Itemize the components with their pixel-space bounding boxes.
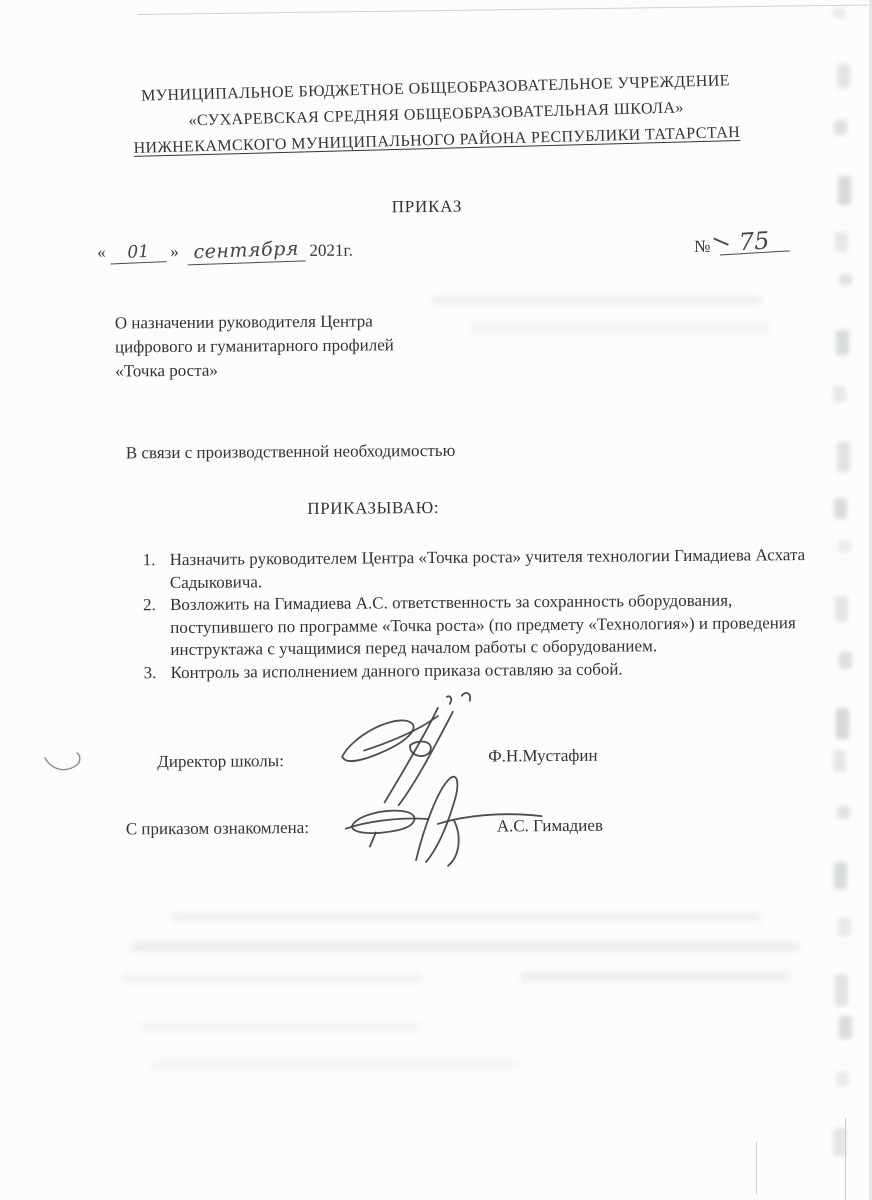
date-day-handwritten: 01 xyxy=(127,242,149,263)
date-year: 2021г. xyxy=(309,241,352,260)
order-item-1: 1. Назначить руководителем Центра «Точка… xyxy=(143,544,815,594)
date-line: « 01 » сентября 2021г. xyxy=(97,239,353,265)
acknowledged-label: С приказом ознакомлена: xyxy=(126,818,309,839)
subject-block: О назначении руководителя Центра цифрово… xyxy=(115,309,446,384)
subject-line-3: «Точка роста» xyxy=(115,357,445,384)
item-text: Контроль за исполнением данного приказа … xyxy=(170,656,815,684)
item-number: 1. xyxy=(143,549,170,572)
item-number: 2. xyxy=(143,594,170,617)
subject-line-1: О назначении руководителя Центра xyxy=(115,309,445,336)
letterhead: МУНИЦИПАЛЬНОЕ БЮДЖЕТНОЕ ОБЩЕОБРАЗОВАТЕЛЬ… xyxy=(61,66,811,164)
item-number: 3. xyxy=(143,662,170,685)
director-label: Директор школы: xyxy=(157,751,284,772)
item-text: Назначить руководителем Центра «Точка ро… xyxy=(170,544,815,594)
date-close-quote: » xyxy=(170,242,179,261)
preamble: В связи с производственной необходимость… xyxy=(126,441,456,464)
order-items: 1. Назначить руководителем Центра «Точка… xyxy=(143,544,816,684)
date-open-quote: « xyxy=(97,243,106,262)
acknowledged-signature xyxy=(341,769,552,873)
date-month-handwritten: сентября xyxy=(193,238,299,264)
order-item-2: 2. Возложить на Гимадиева А.С. ответстве… xyxy=(143,589,816,662)
scanned-order-document: МУНИЦИПАЛЬНОЕ БЮДЖЕТНОЕ ОБЩЕОБРАЗОВАТЕЛЬ… xyxy=(0,0,872,1200)
order-item-3: 3. Контроль за исполнением данного прика… xyxy=(143,656,815,684)
number-sign: № xyxy=(694,237,710,256)
order-number: № 75 xyxy=(694,233,789,257)
order-number-handwritten: 75 xyxy=(738,227,770,257)
director-name: Ф.Н.Мустафин xyxy=(488,746,597,767)
item-text: Возложить на Гимадиева А.С. ответственно… xyxy=(170,589,816,662)
subject-line-2: цифрового и гуманитарного профилей xyxy=(115,333,445,360)
document-title: ПРИКАЗ xyxy=(0,194,857,221)
resolution-heading: ПРИКАЗЫВАЮ: xyxy=(307,498,439,519)
